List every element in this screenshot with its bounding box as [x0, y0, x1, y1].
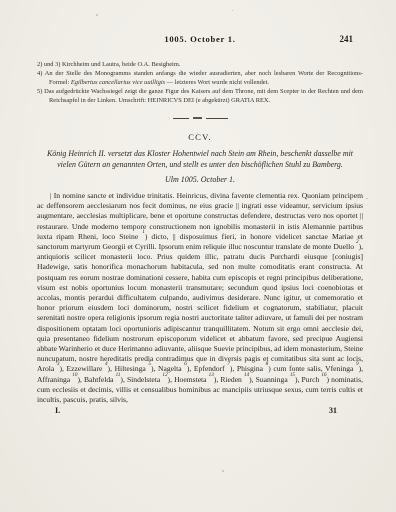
charter-body-text: | In nomine sancte et individue trinitat… [37, 191, 363, 405]
charter-summary: König Heinrich II. versetzt das Kloster … [47, 148, 353, 170]
footer-signature-number: 31 [329, 406, 337, 415]
footnote-block: 2) und 3) Kirchheim und Lautra, beide O.… [37, 60, 363, 105]
running-head-date: 1005. October 1. [37, 34, 363, 44]
charter-dateline: Ulm 1005. October 1. [37, 175, 363, 184]
footer-volume-mark: I. [55, 406, 60, 415]
page-footer: I. 31 [37, 406, 363, 420]
footnote-item: 4) An der Stelle des Monogramms standen … [37, 69, 363, 87]
footnote-item: 2) und 3) Kirchheim und Lautra, beide O.… [37, 60, 363, 69]
charter-number: CCV. [37, 132, 363, 142]
scan-speck [96, 14, 98, 16]
section-divider [169, 117, 231, 119]
page-header: 1005. October 1. 241 [37, 34, 363, 45]
scanned-document-page: 1005. October 1. 241 2) und 3) Kirchheim… [0, 0, 396, 512]
scan-speck [232, 10, 233, 11]
scan-speck [366, 198, 368, 199]
page-number: 241 [340, 34, 354, 44]
scan-speck [222, 470, 224, 472]
footnote-item: 5) Das aufgedrückte Wachssiegel zeigt di… [37, 87, 363, 105]
